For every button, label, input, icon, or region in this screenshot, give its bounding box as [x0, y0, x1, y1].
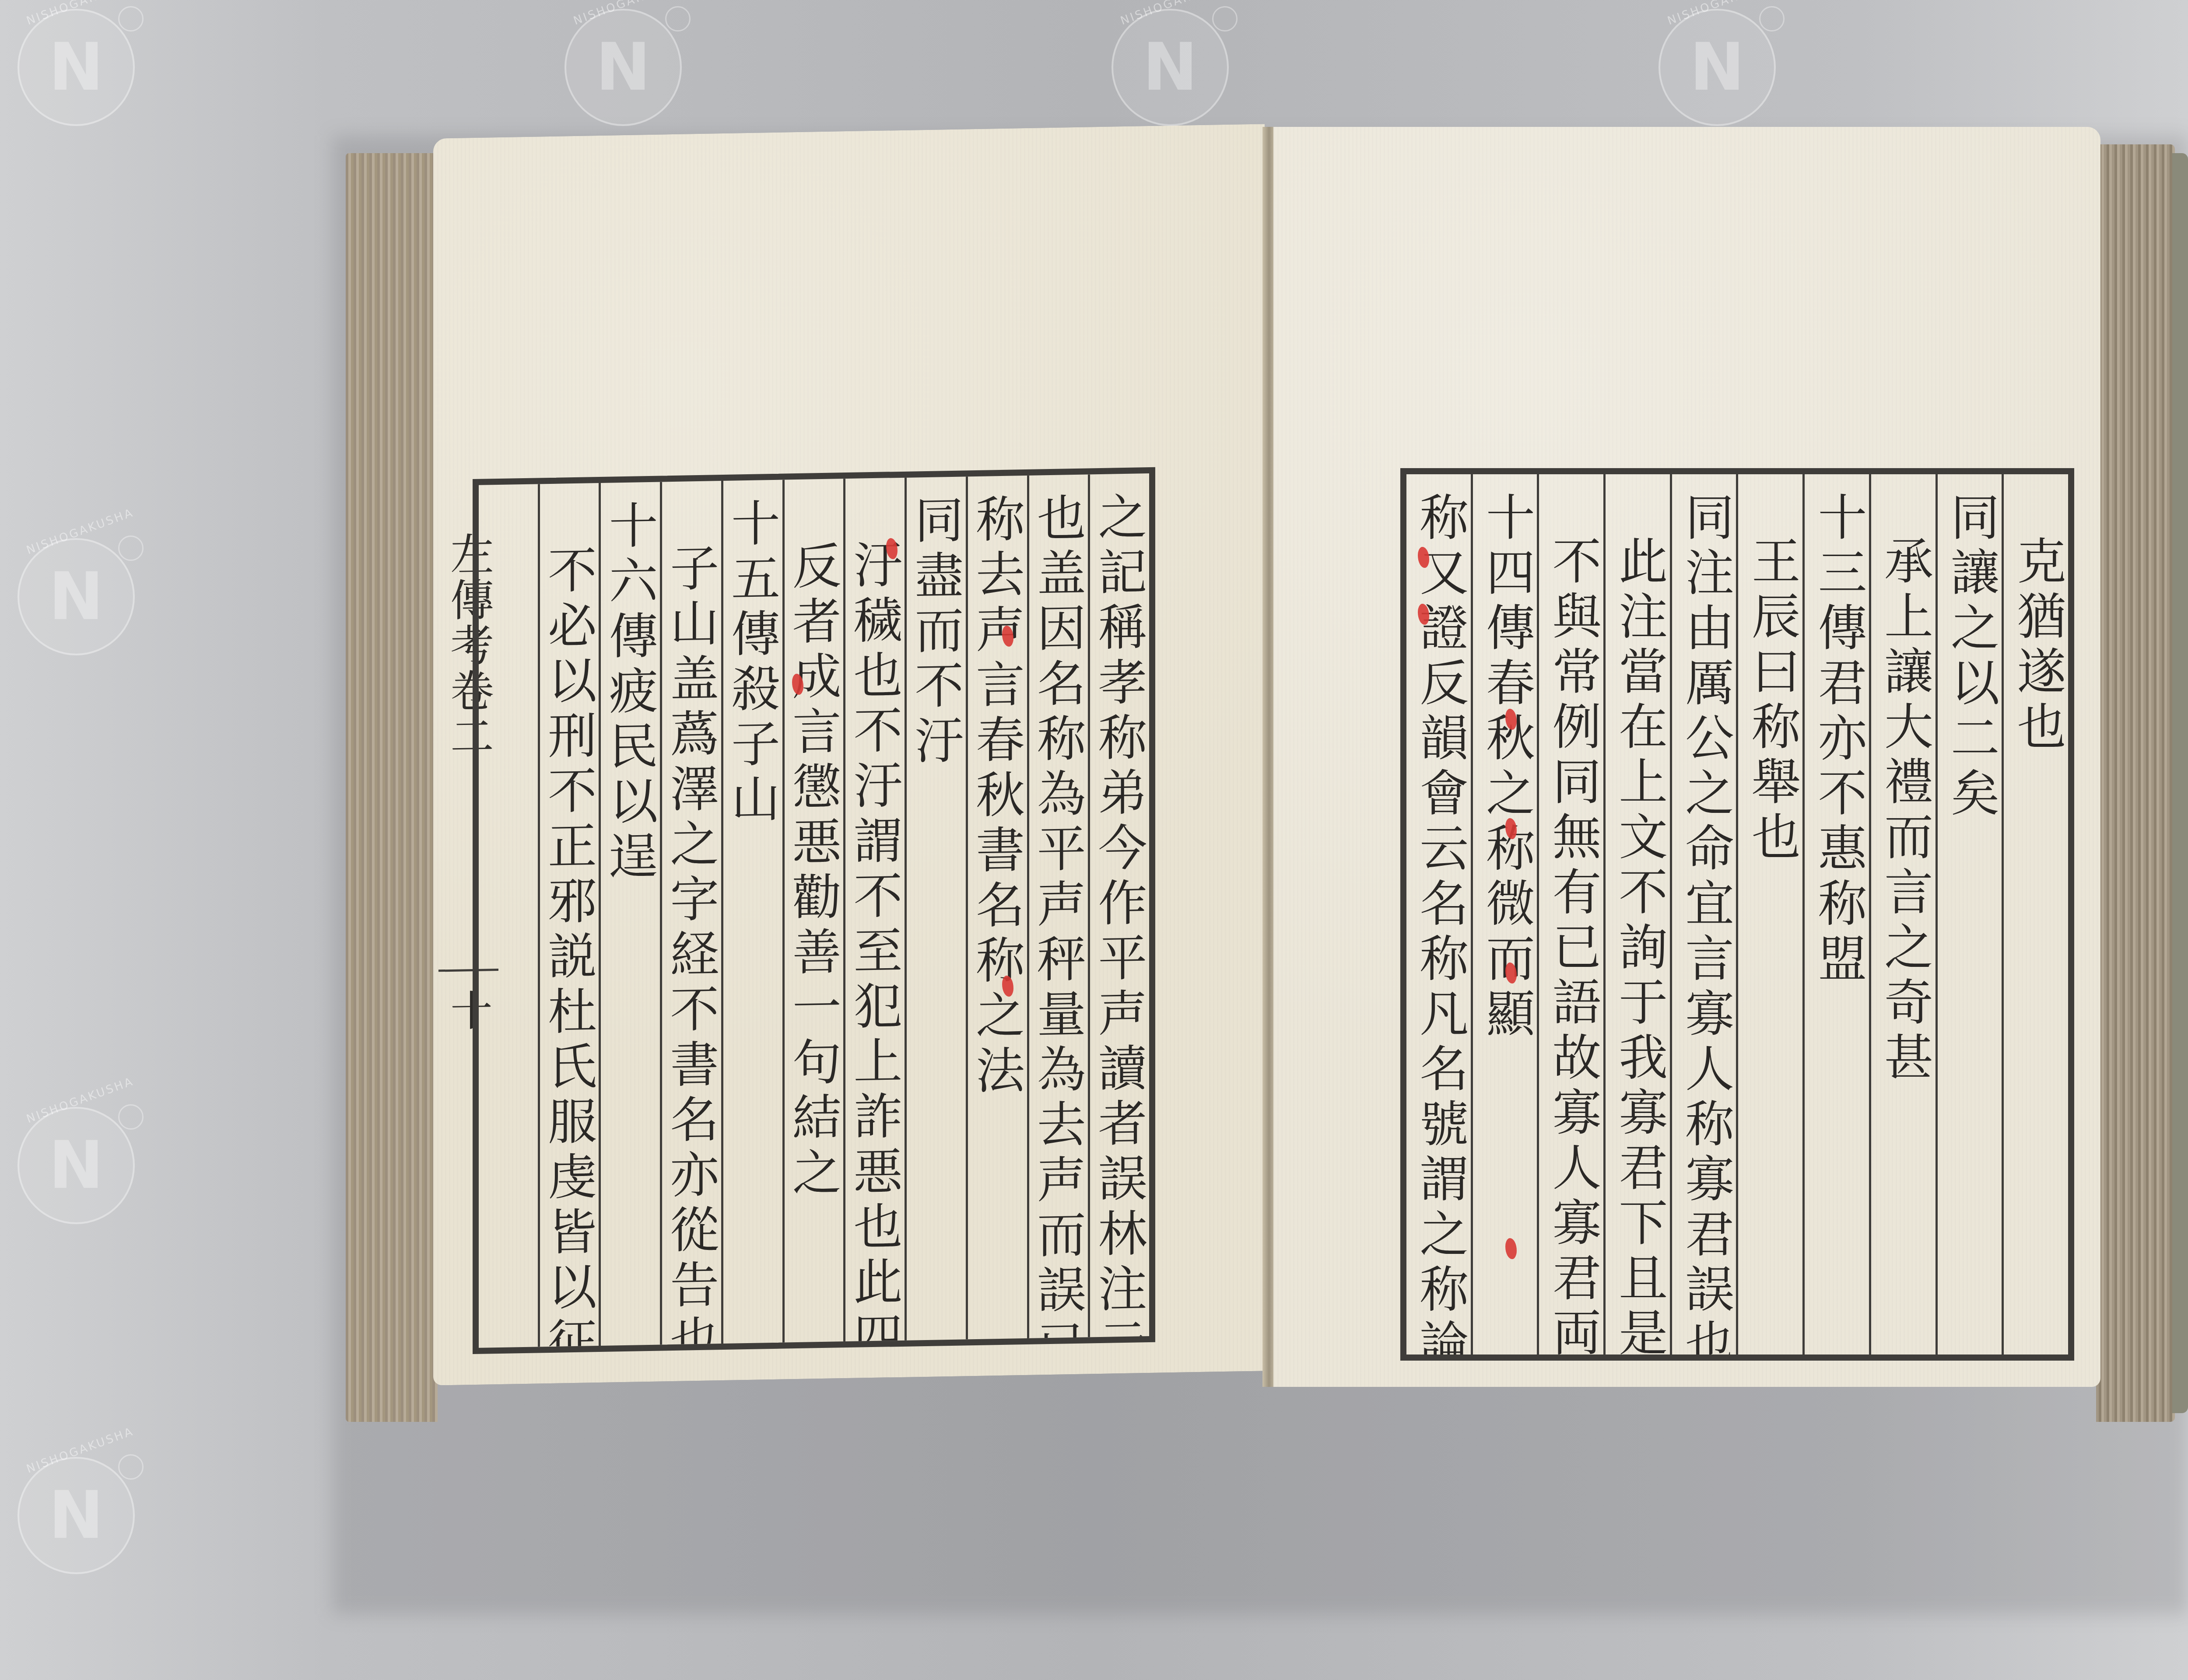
watermark-dot-icon — [118, 535, 144, 561]
watermark-letter: N — [49, 1477, 104, 1554]
watermark-letter: N — [1690, 29, 1745, 105]
right-page: 克猶遂也同讓之以二矣承上讓大禮而言之奇甚十三傳君亦不惠称盟王辰曰称舉也同注由厲公… — [1273, 127, 2100, 1387]
text-column: 承上讓大禮而言之奇甚 — [1869, 474, 1936, 1354]
text-column: 之記稱孝称弟今作平声讀者誤林注云稱權衡 — [1088, 473, 1149, 1337]
left-text-frame: 之記稱孝称弟今作平声讀者誤林注云稱權衡也盖因名称為平声秤量為去声而誤已朱亦云称去… — [473, 467, 1155, 1354]
text-column — [479, 484, 538, 1347]
watermark-logo-icon: NISHOGAKUSHAN — [18, 538, 135, 655]
watermark-logo-icon: NISHOGAKUSHAN — [18, 9, 135, 126]
text-column: 不與常例同無有已語故寡人寡君両称之 — [1537, 474, 1603, 1354]
text-column: 也盖因名称為平声秤量為去声而誤已朱亦云 — [1027, 474, 1088, 1338]
watermark-dot-icon — [118, 6, 144, 31]
watermark-letter: N — [596, 29, 651, 105]
watermark-dot-icon — [1212, 6, 1238, 31]
text-column: 同讓之以二矣 — [1936, 474, 2002, 1354]
text-column: 子山盖蔿澤之字経不書名亦從告也 — [660, 481, 721, 1344]
text-column: 十四傳春秋之称微而顯 — [1471, 474, 1537, 1354]
text-column: 此注當在上文不詢于我寡君下且是雖申君命 — [1603, 474, 1670, 1354]
right-page-edges — [2096, 144, 2175, 1422]
text-column: 十六傳疲民以逞 — [599, 482, 660, 1346]
text-column: 同盡而不汙 — [905, 476, 966, 1340]
watermark-letter: N — [1143, 29, 1198, 105]
text-column: 克猶遂也 — [2002, 474, 2068, 1354]
text-column: 不必以刑不正邪説杜氏服虔皆以征伐為刑然 — [538, 483, 599, 1347]
text-column: 十五傳殺子山 — [721, 480, 782, 1344]
watermark-dot-icon — [665, 6, 691, 31]
watermark-letter: N — [49, 559, 104, 635]
text-column: 王辰曰称舉也 — [1736, 474, 1802, 1354]
left-page: 左傳考卷二 十 之記稱孝称弟今作平声讀者誤林注云稱權衡也盖因名称為平声秤量為去声… — [433, 124, 1265, 1385]
watermark-logo-icon: NISHOGAKUSHAN — [565, 9, 682, 126]
watermark-logo-icon: NISHOGAKUSHAN — [1659, 9, 1776, 126]
text-column: 十三傳君亦不惠称盟 — [1802, 474, 1869, 1354]
watermark-dot-icon — [118, 1104, 144, 1130]
text-column: 汙穢也不汙謂不至犯上詐悪也此四句皆以相 — [843, 478, 905, 1341]
watermark-dot-icon — [1759, 6, 1785, 31]
watermark-logo-icon: NISHOGAKUSHAN — [18, 1457, 135, 1574]
text-column: 称去声言春秋書名称之法 — [966, 476, 1027, 1339]
watermark-logo-icon: NISHOGAKUSHAN — [18, 1107, 135, 1224]
right-text-frame: 克猶遂也同讓之以二矣承上讓大禮而言之奇甚十三傳君亦不惠称盟王辰曰称舉也同注由厲公… — [1400, 468, 2074, 1361]
watermark-logo-icon: NISHOGAKUSHAN — [1112, 9, 1229, 126]
watermark-letter: N — [49, 1127, 104, 1204]
text-column: 称又證反韻會云名称凡名號謂之称論語君称之 — [1406, 474, 1471, 1354]
text-column: 反者成言懲悪勸善一句結之 — [782, 479, 844, 1342]
watermark-letter: N — [49, 29, 104, 105]
text-column: 同注由厲公之命宜言寡人称寡君誤也 — [1670, 474, 1736, 1354]
watermark-dot-icon — [118, 1454, 144, 1480]
left-page-edges — [346, 153, 438, 1422]
